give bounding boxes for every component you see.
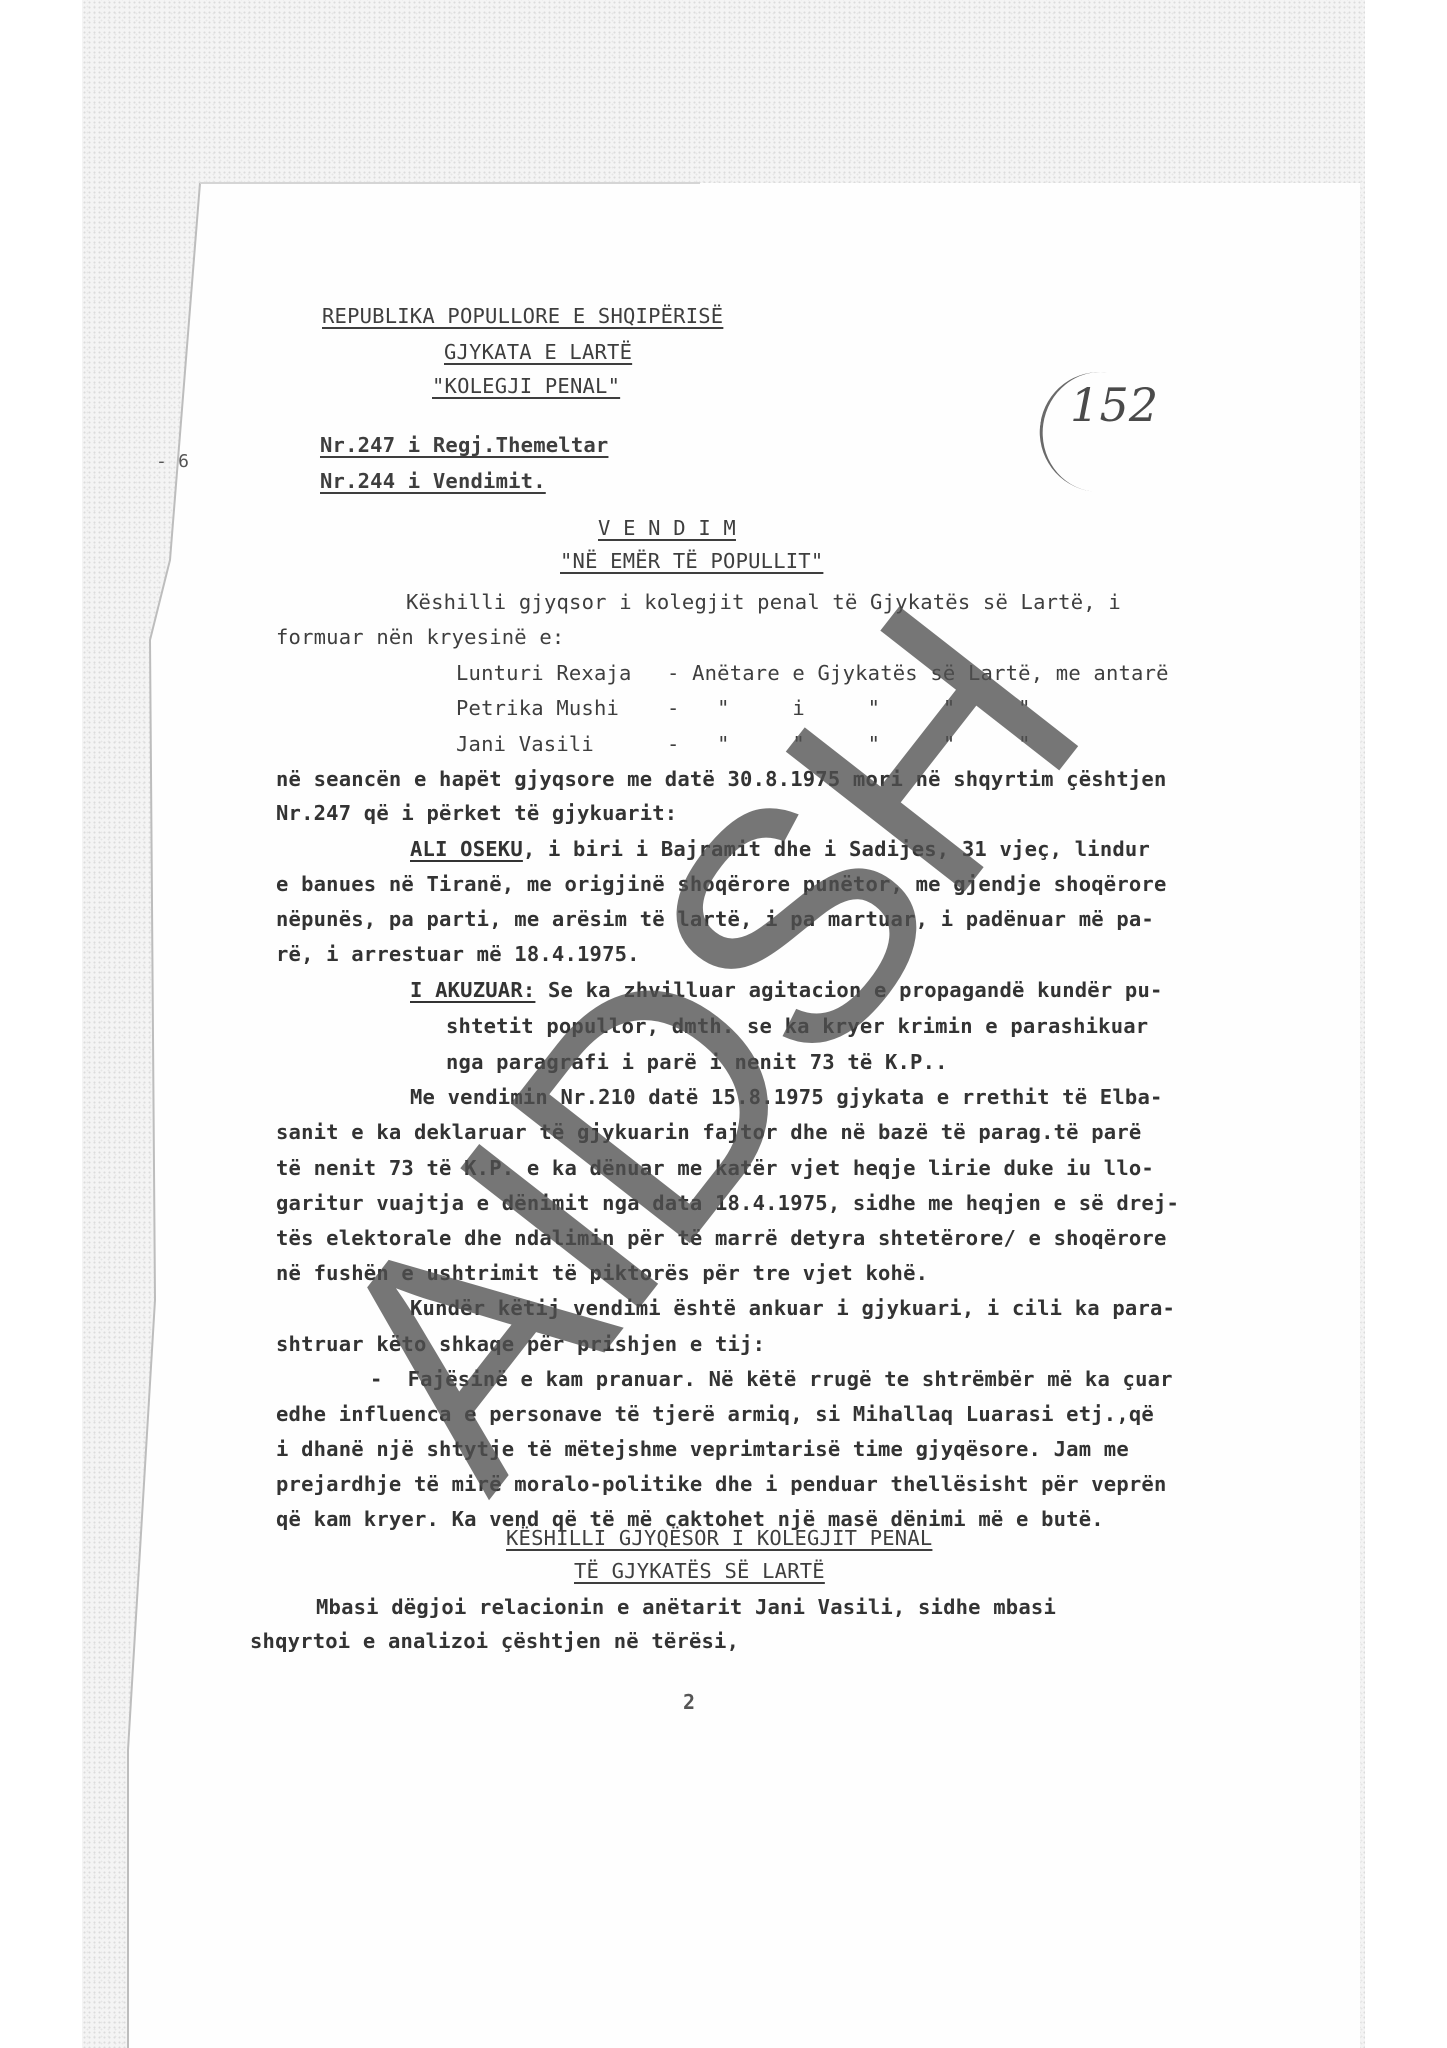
- panel-member-name: Lunturi Rexaja: [456, 659, 632, 687]
- page-number: 2: [683, 1690, 695, 1714]
- session-line: Nr.247 që i përket të gjykuarit:: [276, 799, 677, 827]
- decision-title: V E N D I M: [598, 514, 736, 542]
- handwritten-page-note: 152: [1040, 368, 1170, 488]
- defendant-name: ALI OSEKU: [410, 837, 523, 861]
- header-republic: REPUBLIKA POPULLORE E SHQIPËRISË: [322, 302, 723, 330]
- council-heading: KËSHILLI GJYQËSOR I KOLEGJIT PENAL: [506, 1524, 932, 1552]
- intro-line: Këshilli gjyqsor i kolegjit penal të Gjy…: [406, 588, 1121, 616]
- closing-line: shqyrtoi e analizoi çështjen në tërësi,: [250, 1627, 739, 1655]
- appeal-reason-line: prejardhje të mirë moralo-politike dhe i…: [276, 1470, 1167, 1498]
- margin-mark: - 6: [156, 452, 189, 472]
- council-heading: TË GJYKATËS SË LARTË: [574, 1557, 825, 1585]
- panel-member-name: Jani Vasili: [456, 730, 594, 758]
- panel-member-name: Petrika Mushi: [456, 694, 619, 722]
- appeal-reason-line: i dhanë një shtytje të mëtejshme veprimt…: [276, 1435, 1129, 1463]
- register-number: Nr.247 i Regj.Themeltar: [320, 431, 608, 459]
- decision-number: Nr.244 i Vendimit.: [320, 467, 546, 495]
- header-college: "KOLEGJI PENAL": [432, 372, 620, 400]
- header-court: GJYKATA E LARTË: [444, 338, 632, 366]
- intro-line: formuar nën kryesinë e:: [276, 623, 564, 651]
- decision-subtitle: "NË EMËR TË POPULLIT": [560, 547, 823, 575]
- closing-line: Mbasi dëgjoi relacionin e anëtarit Jani …: [316, 1593, 1056, 1621]
